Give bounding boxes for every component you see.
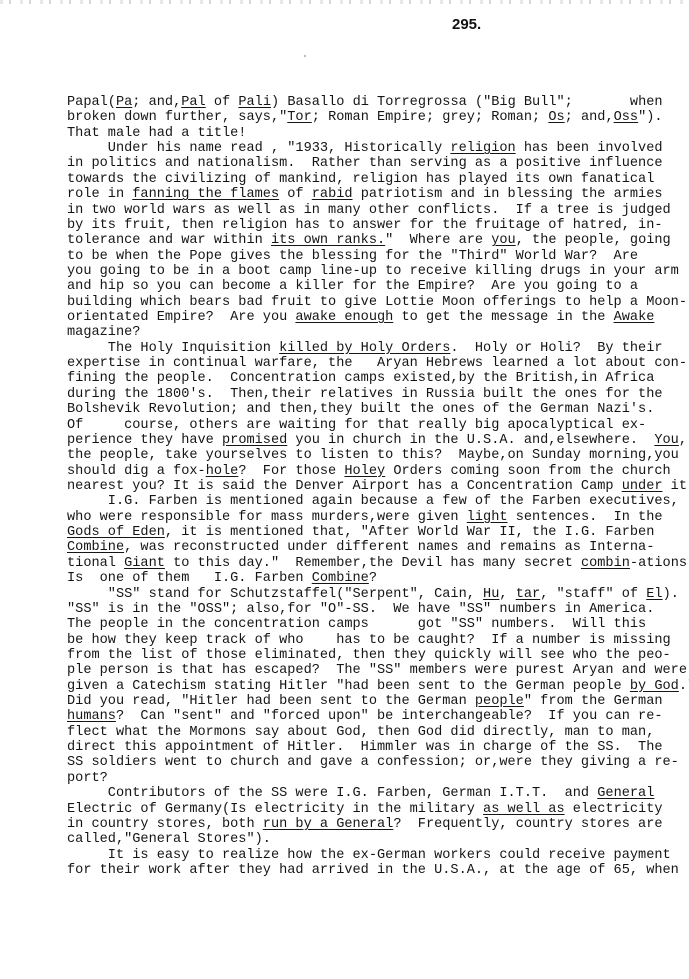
text-line: role in fanning the flames of rabid patr… <box>67 187 657 202</box>
underlined-phrase: hole <box>206 464 239 479</box>
text-run: Under his name read , "1933, Historicall… <box>67 141 450 156</box>
text-run: it! <box>663 479 689 494</box>
text-line: "SS" stand for Schutzstaffel("Serpent", … <box>67 587 657 602</box>
underlined-phrase: by God <box>630 679 679 694</box>
text-run: The Holy Inquisition <box>67 341 279 356</box>
text-run: " from the German <box>524 694 663 709</box>
text-run: from the list of those eliminated, then … <box>67 648 671 663</box>
text-run: ? Can "sent" and "forced upon" be interc… <box>116 709 663 724</box>
text-run: Did you read, "Hitler had been sent to t… <box>67 694 475 709</box>
underlined-phrase: Hu <box>483 587 499 602</box>
text-line: It is easy to realize how the ex-German … <box>67 848 657 863</box>
scan-edge-noise <box>0 0 689 4</box>
text-run: , "staff" of <box>540 587 646 602</box>
text-run: of <box>279 187 312 202</box>
text-line: by its fruit, then religion has to answe… <box>67 218 657 233</box>
underlined-phrase: fanning the flames <box>132 187 279 202</box>
text-line: "SS" is in the "OSS"; also,for "O"-SS. W… <box>67 602 657 617</box>
underlined-phrase: people <box>475 694 524 709</box>
underlined-phrase: Giant <box>124 556 165 571</box>
text-line: from the list of those eliminated, then … <box>67 648 657 663</box>
underlined-phrase: Pali <box>238 95 271 110</box>
text-run: sentences. In the <box>508 510 663 525</box>
text-run: The people in the concentration camps go… <box>67 617 646 632</box>
text-run: and hip so you can become a killer for t… <box>67 279 638 294</box>
text-run: , the people, going <box>516 233 671 248</box>
text-run: Of course, others are waiting for that r… <box>67 418 646 433</box>
text-run: "SS" stand for Schutzstaffel("Serpent", … <box>67 587 483 602</box>
text-run: Contributors of the SS were I.G. Farben,… <box>67 786 597 801</box>
text-run: be how they keep track of who has to be … <box>67 633 671 648</box>
text-line: given a Catechism stating Hitler "had be… <box>67 679 657 694</box>
text-line: be how they keep track of who has to be … <box>67 633 657 648</box>
text-line: Is one of them I.G. Farben Combine? <box>67 571 657 586</box>
text-run: by its fruit, then religion has to answe… <box>67 218 663 233</box>
text-line: who were responsible for mass murders,we… <box>67 510 657 525</box>
text-line: The people in the concentration camps go… <box>67 617 657 632</box>
text-run: , <box>679 433 687 448</box>
text-line: fining the people. Concentration camps e… <box>67 371 657 386</box>
text-line: flect what the Mormons say about God, th… <box>67 725 657 740</box>
text-run: during the 1800's. Then,their relatives … <box>67 387 663 402</box>
text-line: in two world wars as well as in many oth… <box>67 203 657 218</box>
text-run: ? Frequently, country stores are <box>393 817 662 832</box>
text-run: of <box>206 95 239 110</box>
underlined-phrase: General <box>597 786 654 801</box>
page-number: 295. <box>452 16 481 33</box>
text-line: Of course, others are waiting for that r… <box>67 418 657 433</box>
underlined-phrase: El <box>646 587 662 602</box>
text-run: , was reconstructed under different name… <box>124 540 654 555</box>
text-run: ). <box>663 587 679 602</box>
text-run: . Holy or Holi? By their <box>450 341 662 356</box>
text-run: Is one of them I.G. Farben <box>67 571 312 586</box>
text-line: Gods of Eden, it is mentioned that, "Aft… <box>67 525 657 540</box>
text-line: I.G. Farben is mentioned again because a… <box>67 494 657 509</box>
text-line: magazine? <box>67 325 657 340</box>
underlined-phrase: Holey <box>344 464 385 479</box>
underlined-phrase: awake enough <box>295 310 393 325</box>
text-line: The Holy Inquisition killed by Holy Orde… <box>67 341 657 356</box>
underlined-phrase: tar <box>516 587 540 602</box>
text-run: electricity <box>565 802 663 817</box>
text-line: the people, take yourselves to listen to… <box>67 448 657 463</box>
text-run: you in church in the U.S.A. and,elsewher… <box>287 433 654 448</box>
text-run: to be when the Pope gives the blessing f… <box>67 249 638 264</box>
text-run: you going to be in a boot camp line-up t… <box>67 264 679 279</box>
scan-speck <box>304 55 306 57</box>
text-line: humans? Can "sent" and "forced upon" be … <box>67 709 657 724</box>
text-run: flect what the Mormons say about God, th… <box>67 725 654 740</box>
text-run: Electric of Germany(Is electricity in th… <box>67 802 483 817</box>
text-run: -ations ? <box>630 556 689 571</box>
text-run: to get the message in the <box>393 310 613 325</box>
text-line: direct this appointment of Hitler. Himml… <box>67 740 657 755</box>
text-run: Papal( <box>67 95 116 110</box>
text-line: during the 1800's. Then,their relatives … <box>67 387 657 402</box>
text-run: magazine? <box>67 325 140 340</box>
text-run: given a Catechism stating Hitler "had be… <box>67 679 630 694</box>
text-run: the people, take yourselves to listen to… <box>67 448 679 463</box>
text-run: ; and, <box>565 110 614 125</box>
underlined-phrase: you <box>491 233 515 248</box>
text-line: expertise in continual warfare, the Arya… <box>67 356 657 371</box>
text-run: orientated Empire? Are you <box>67 310 295 325</box>
text-line: in politics and nationalism. Rather than… <box>67 156 657 171</box>
text-run: "). <box>638 110 662 125</box>
text-line: That male had a title! <box>67 126 657 141</box>
text-run: nearest you? It is said the Denver Airpo… <box>67 479 622 494</box>
text-run: port? <box>67 771 108 786</box>
text-line: towards the civilizing of mankind, relig… <box>67 172 657 187</box>
text-run: tolerance and war within <box>67 233 271 248</box>
text-run: It is easy to realize how the ex-German … <box>67 848 671 863</box>
underlined-phrase: Combine <box>312 571 369 586</box>
document-body: Papal(Pa; and,Pal of Pali) Basallo di To… <box>67 95 657 878</box>
text-run: " Where are <box>385 233 491 248</box>
text-run: has been involved <box>516 141 663 156</box>
underlined-phrase: promised <box>222 433 287 448</box>
text-line: port? <box>67 771 657 786</box>
text-run: in two world wars as well as in many oth… <box>67 203 671 218</box>
text-line: in country stores, both run by a General… <box>67 817 657 832</box>
underlined-phrase: Combine <box>67 540 124 555</box>
text-line: Contributors of the SS were I.G. Farben,… <box>67 786 657 801</box>
text-line: called,"General Stores"). <box>67 832 657 847</box>
underlined-phrase: under <box>622 479 663 494</box>
text-run: ? <box>369 571 377 586</box>
text-run: who were responsible for mass murders,we… <box>67 510 467 525</box>
text-run: ; and, <box>132 95 181 110</box>
text-run: to this day." Remember,the Devil has man… <box>165 556 581 571</box>
text-line: ple person is that has escaped? The "SS"… <box>67 663 657 678</box>
underlined-phrase: as well as <box>483 802 565 817</box>
text-run: building which bears bad fruit to give L… <box>67 295 687 310</box>
text-run: tional <box>67 556 124 571</box>
underlined-phrase: Awake <box>614 310 655 325</box>
underlined-phrase: You <box>654 433 678 448</box>
text-line: building which bears bad fruit to give L… <box>67 295 657 310</box>
text-line: Electric of Germany(Is electricity in th… <box>67 802 657 817</box>
text-run: towards the civilizing of mankind, relig… <box>67 172 654 187</box>
text-run: in country stores, both <box>67 817 263 832</box>
text-line: Combine, was reconstructed under differe… <box>67 540 657 555</box>
text-run: broken down further, says," <box>67 110 287 125</box>
text-line: Bolshevik Revolution; and then,they buil… <box>67 402 657 417</box>
text-line: to be when the Pope gives the blessing f… <box>67 249 657 264</box>
text-run: ) Basallo di Torregrossa ("Big Bull"; wh… <box>271 95 663 110</box>
text-run: ? For those <box>238 464 344 479</box>
text-run: role in <box>67 187 132 202</box>
text-run: direct this appointment of Hitler. Himml… <box>67 740 663 755</box>
underlined-phrase: Oss <box>614 110 638 125</box>
underlined-phrase: Pa <box>116 95 132 110</box>
text-line: Did you read, "Hitler had been sent to t… <box>67 694 657 709</box>
text-line: Papal(Pa; and,Pal of Pali) Basallo di To… <box>67 95 657 110</box>
text-run: SS soldiers went to church and gave a co… <box>67 755 679 770</box>
text-run: "SS" is in the "OSS"; also,for "O"-SS. W… <box>67 602 654 617</box>
underlined-phrase: Os <box>548 110 564 125</box>
text-line: should dig a fox-hole? For those Holey O… <box>67 464 657 479</box>
text-run: Orders coming soon from the church <box>385 464 671 479</box>
text-run: fining the people. Concentration camps e… <box>67 371 654 386</box>
underlined-phrase: Gods of Eden <box>67 525 165 540</box>
text-run: , <box>499 587 515 602</box>
underlined-phrase: religion <box>450 141 515 156</box>
underlined-phrase: its own ranks. <box>271 233 385 248</box>
text-line: you going to be in a boot camp line-up t… <box>67 264 657 279</box>
text-run: expertise in continual warfare, the Arya… <box>67 356 687 371</box>
text-line: for their work after they had arrived in… <box>67 863 657 878</box>
text-run: I.G. Farben is mentioned again because a… <box>67 494 679 509</box>
text-run: should dig a fox- <box>67 464 206 479</box>
text-line: Under his name read , "1933, Historicall… <box>67 141 657 156</box>
underlined-phrase: killed by Holy Orders <box>279 341 450 356</box>
text-run: for their work after they had arrived in… <box>67 863 679 878</box>
text-run: ple person is that has escaped? The "SS"… <box>67 663 687 678</box>
underlined-phrase: run by a General <box>263 817 394 832</box>
underlined-phrase: combin <box>581 556 630 571</box>
text-line: tolerance and war within its own ranks."… <box>67 233 657 248</box>
underlined-phrase: Tor <box>287 110 311 125</box>
underlined-phrase: Pal <box>181 95 205 110</box>
text-run: in politics and nationalism. Rather than… <box>67 156 663 171</box>
text-run: ; Roman Empire; grey; Roman; <box>312 110 549 125</box>
text-line: tional Giant to this day." Remember,the … <box>67 556 657 571</box>
text-line: and hip so you can become a killer for t… <box>67 279 657 294</box>
text-run: , it is mentioned that, "After World War… <box>165 525 654 540</box>
text-run: patriotism and in blessing the armies <box>353 187 663 202</box>
underlined-phrase: light <box>467 510 508 525</box>
text-run: Bolshevik Revolution; and then,they buil… <box>67 402 654 417</box>
text-run: perience they have <box>67 433 222 448</box>
text-line: orientated Empire? Are you awake enough … <box>67 310 657 325</box>
underlined-phrase: rabid <box>312 187 353 202</box>
text-line: broken down further, says,"Tor; Roman Em… <box>67 110 657 125</box>
text-line: nearest you? It is said the Denver Airpo… <box>67 479 657 494</box>
text-run: ." <box>679 679 689 694</box>
text-line: perience they have promised you in churc… <box>67 433 657 448</box>
underlined-phrase: humans <box>67 709 116 724</box>
text-run: called,"General Stores"). <box>67 832 271 847</box>
text-line: SS soldiers went to church and gave a co… <box>67 755 657 770</box>
text-run: That male had a title! <box>67 126 246 141</box>
